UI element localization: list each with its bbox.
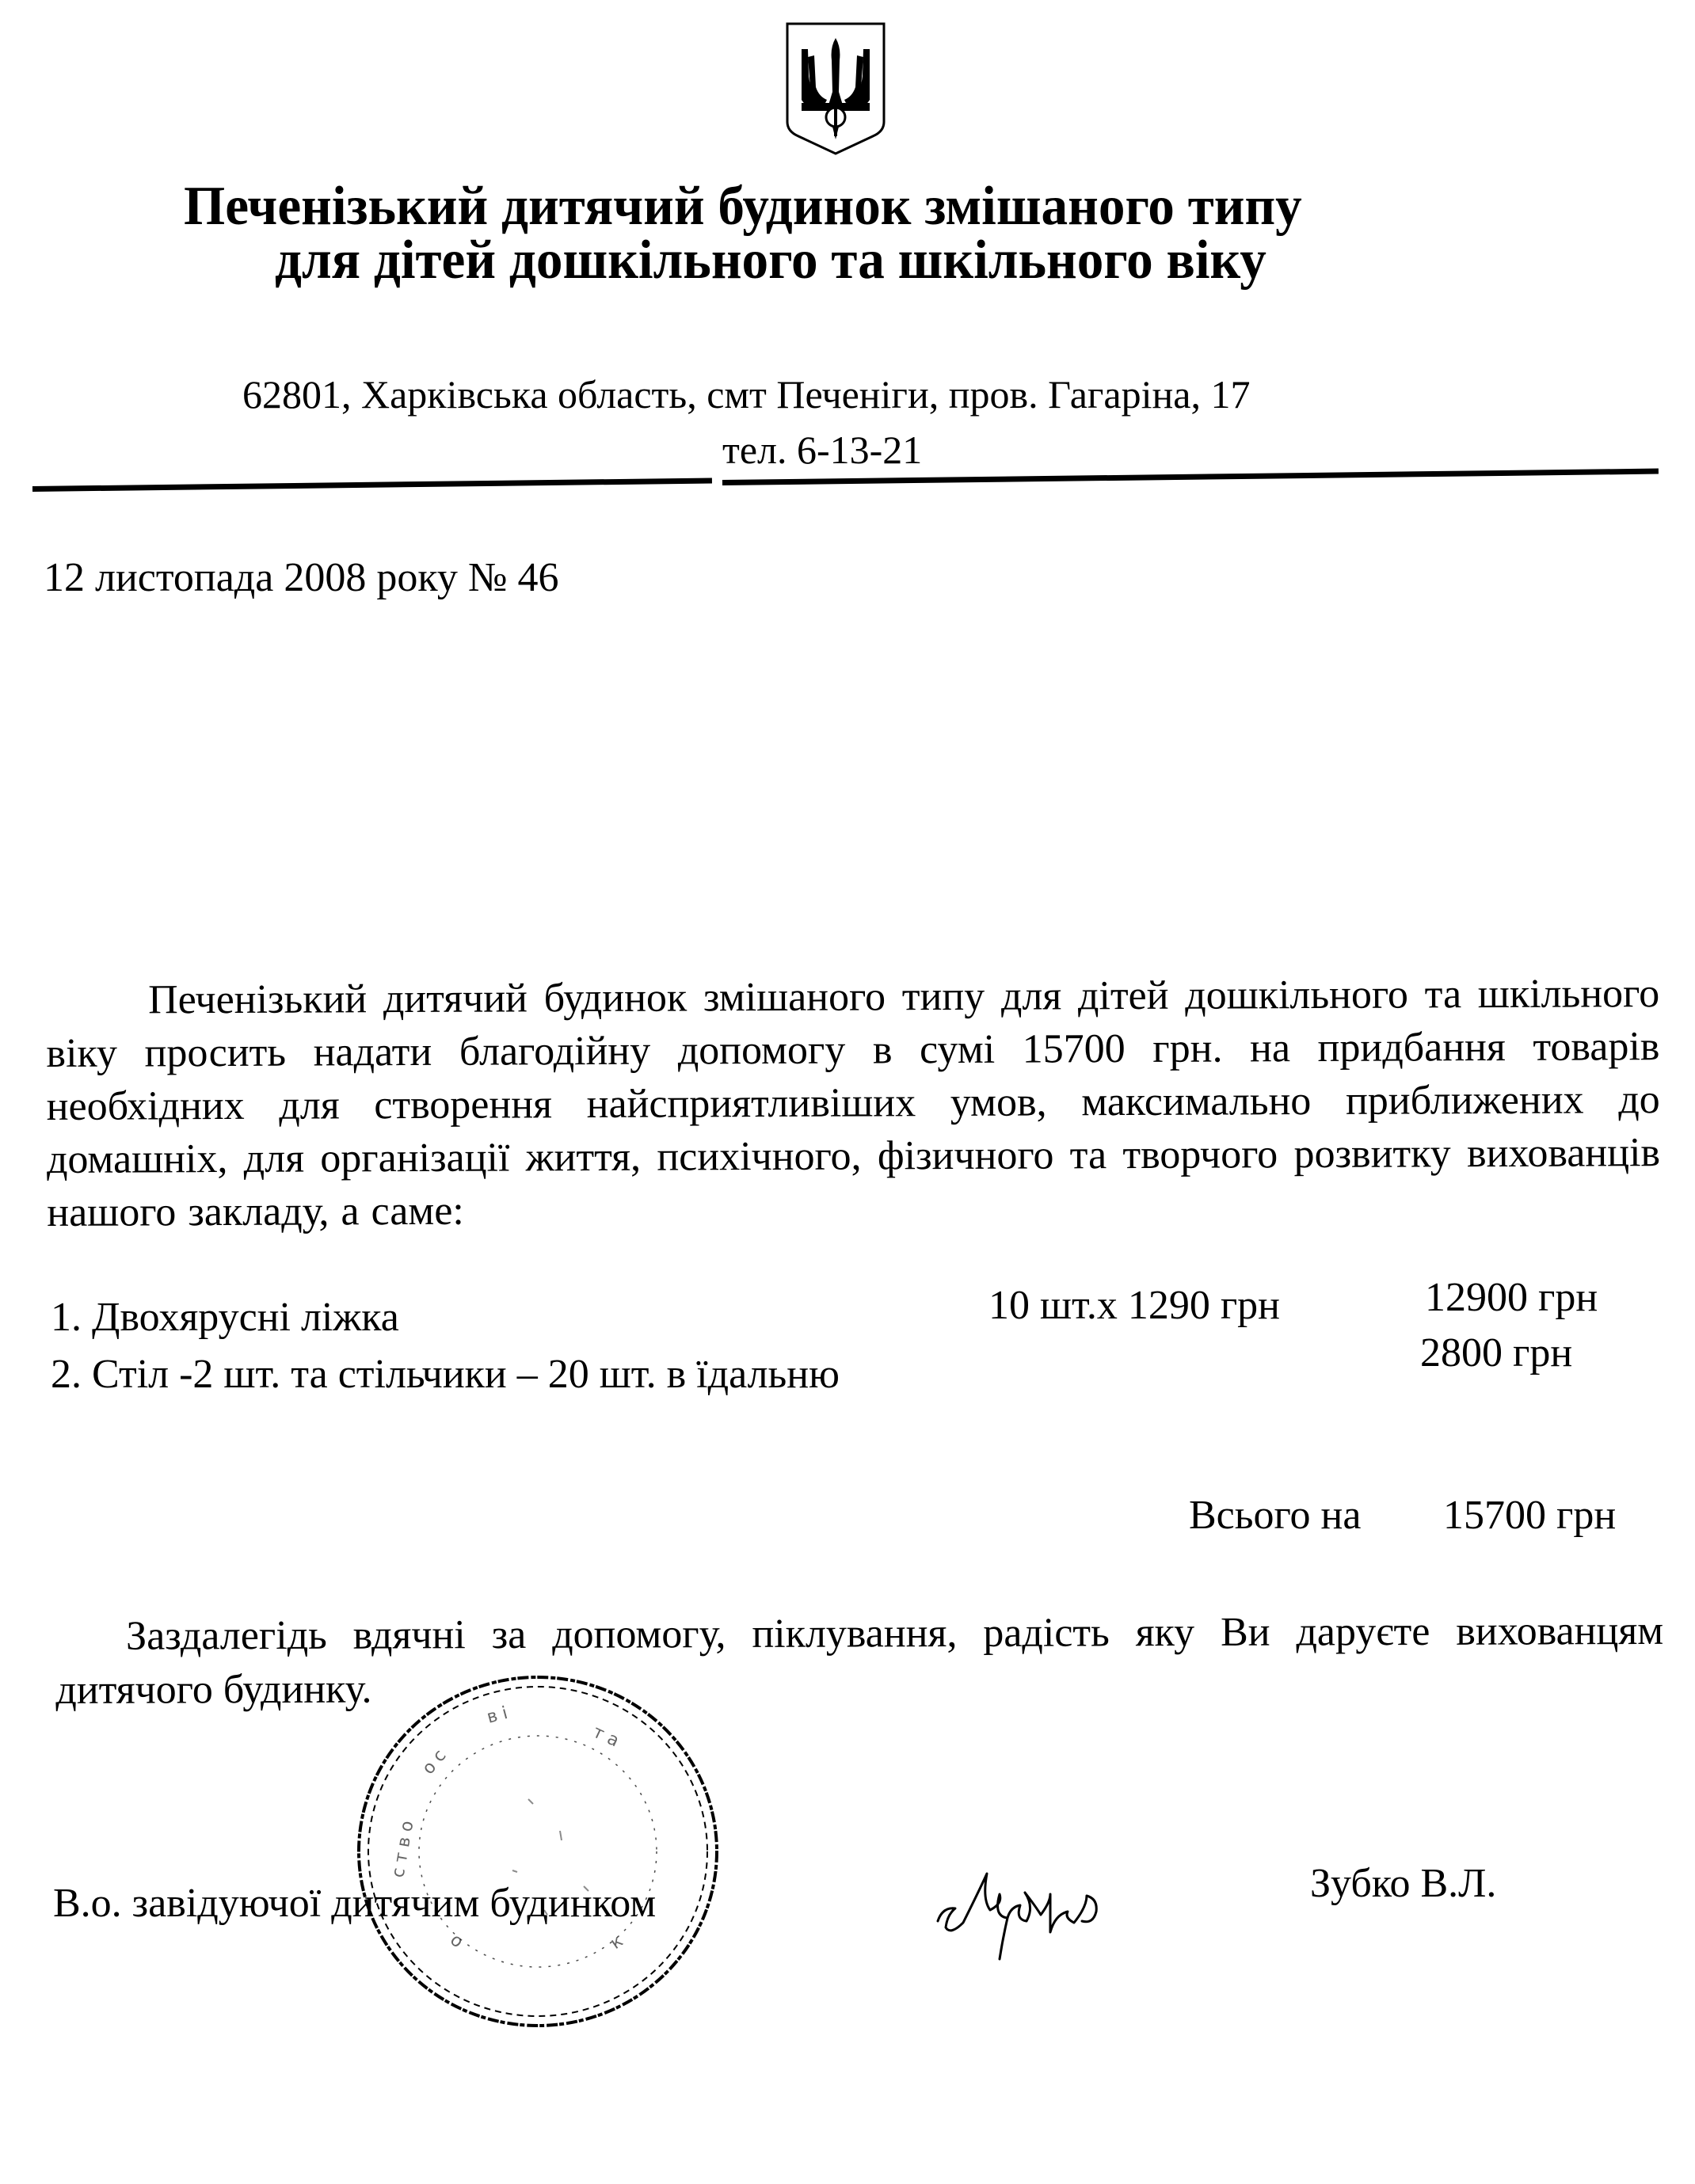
letter-page: Печенізький дитячий будинок змішаного ти…	[0, 0, 1695, 2184]
svg-text:о: о	[446, 1930, 467, 1952]
svg-text:к: к	[607, 1931, 627, 1954]
signatory-name: Зубко В.Л.	[1310, 1863, 1496, 1904]
grand-total-label: Всього на	[1189, 1495, 1361, 1536]
official-stamp-icon: с т в о о с в і т а к о	[354, 1672, 722, 2030]
svg-text:о с: о с	[418, 1746, 450, 1779]
closing-paragraph: Заздалегідь вдячні за допомогу, піклуван…	[55, 1604, 1663, 1718]
svg-text:в і: в і	[485, 1703, 510, 1728]
institution-phone: тел. 6-13-21	[722, 430, 922, 470]
item-2-total: 2800 грн	[1420, 1333, 1572, 1374]
item-2-label: 2. Стіл -2 шт. та стільчики – 20 шт. в ї…	[51, 1354, 840, 1395]
handwritten-signature-icon	[931, 1859, 1153, 1962]
institution-title-line-2: для дітей дошкільного та шкільного віку	[275, 233, 1266, 288]
header-divider-left	[32, 478, 712, 492]
item-1-label: 1. Двохярусні ліжка	[51, 1297, 399, 1338]
letter-body-paragraph: Печенізький дитячий будинок змішаного ти…	[46, 967, 1660, 1239]
svg-text:с т в о: с т в о	[388, 1819, 417, 1879]
grand-total-value: 15700 грн	[1443, 1495, 1616, 1536]
coat-of-arms-trident-icon	[784, 21, 887, 157]
letter-date-number: 12 листопада 2008 року № 46	[44, 557, 558, 599]
item-1-total: 12900 грн	[1425, 1277, 1598, 1318]
svg-text:т а: т а	[589, 1722, 622, 1752]
institution-title-line-1: Печенізький дитячий будинок змішаного ти…	[184, 179, 1302, 234]
item-1-qty-price: 10 шт.х 1290 грн	[988, 1285, 1280, 1326]
institution-address: 62801, Харківська область, смт Печеніги,…	[242, 375, 1250, 414]
signatory-position: В.о. завідуючої дитячим будинком	[53, 1883, 656, 1924]
